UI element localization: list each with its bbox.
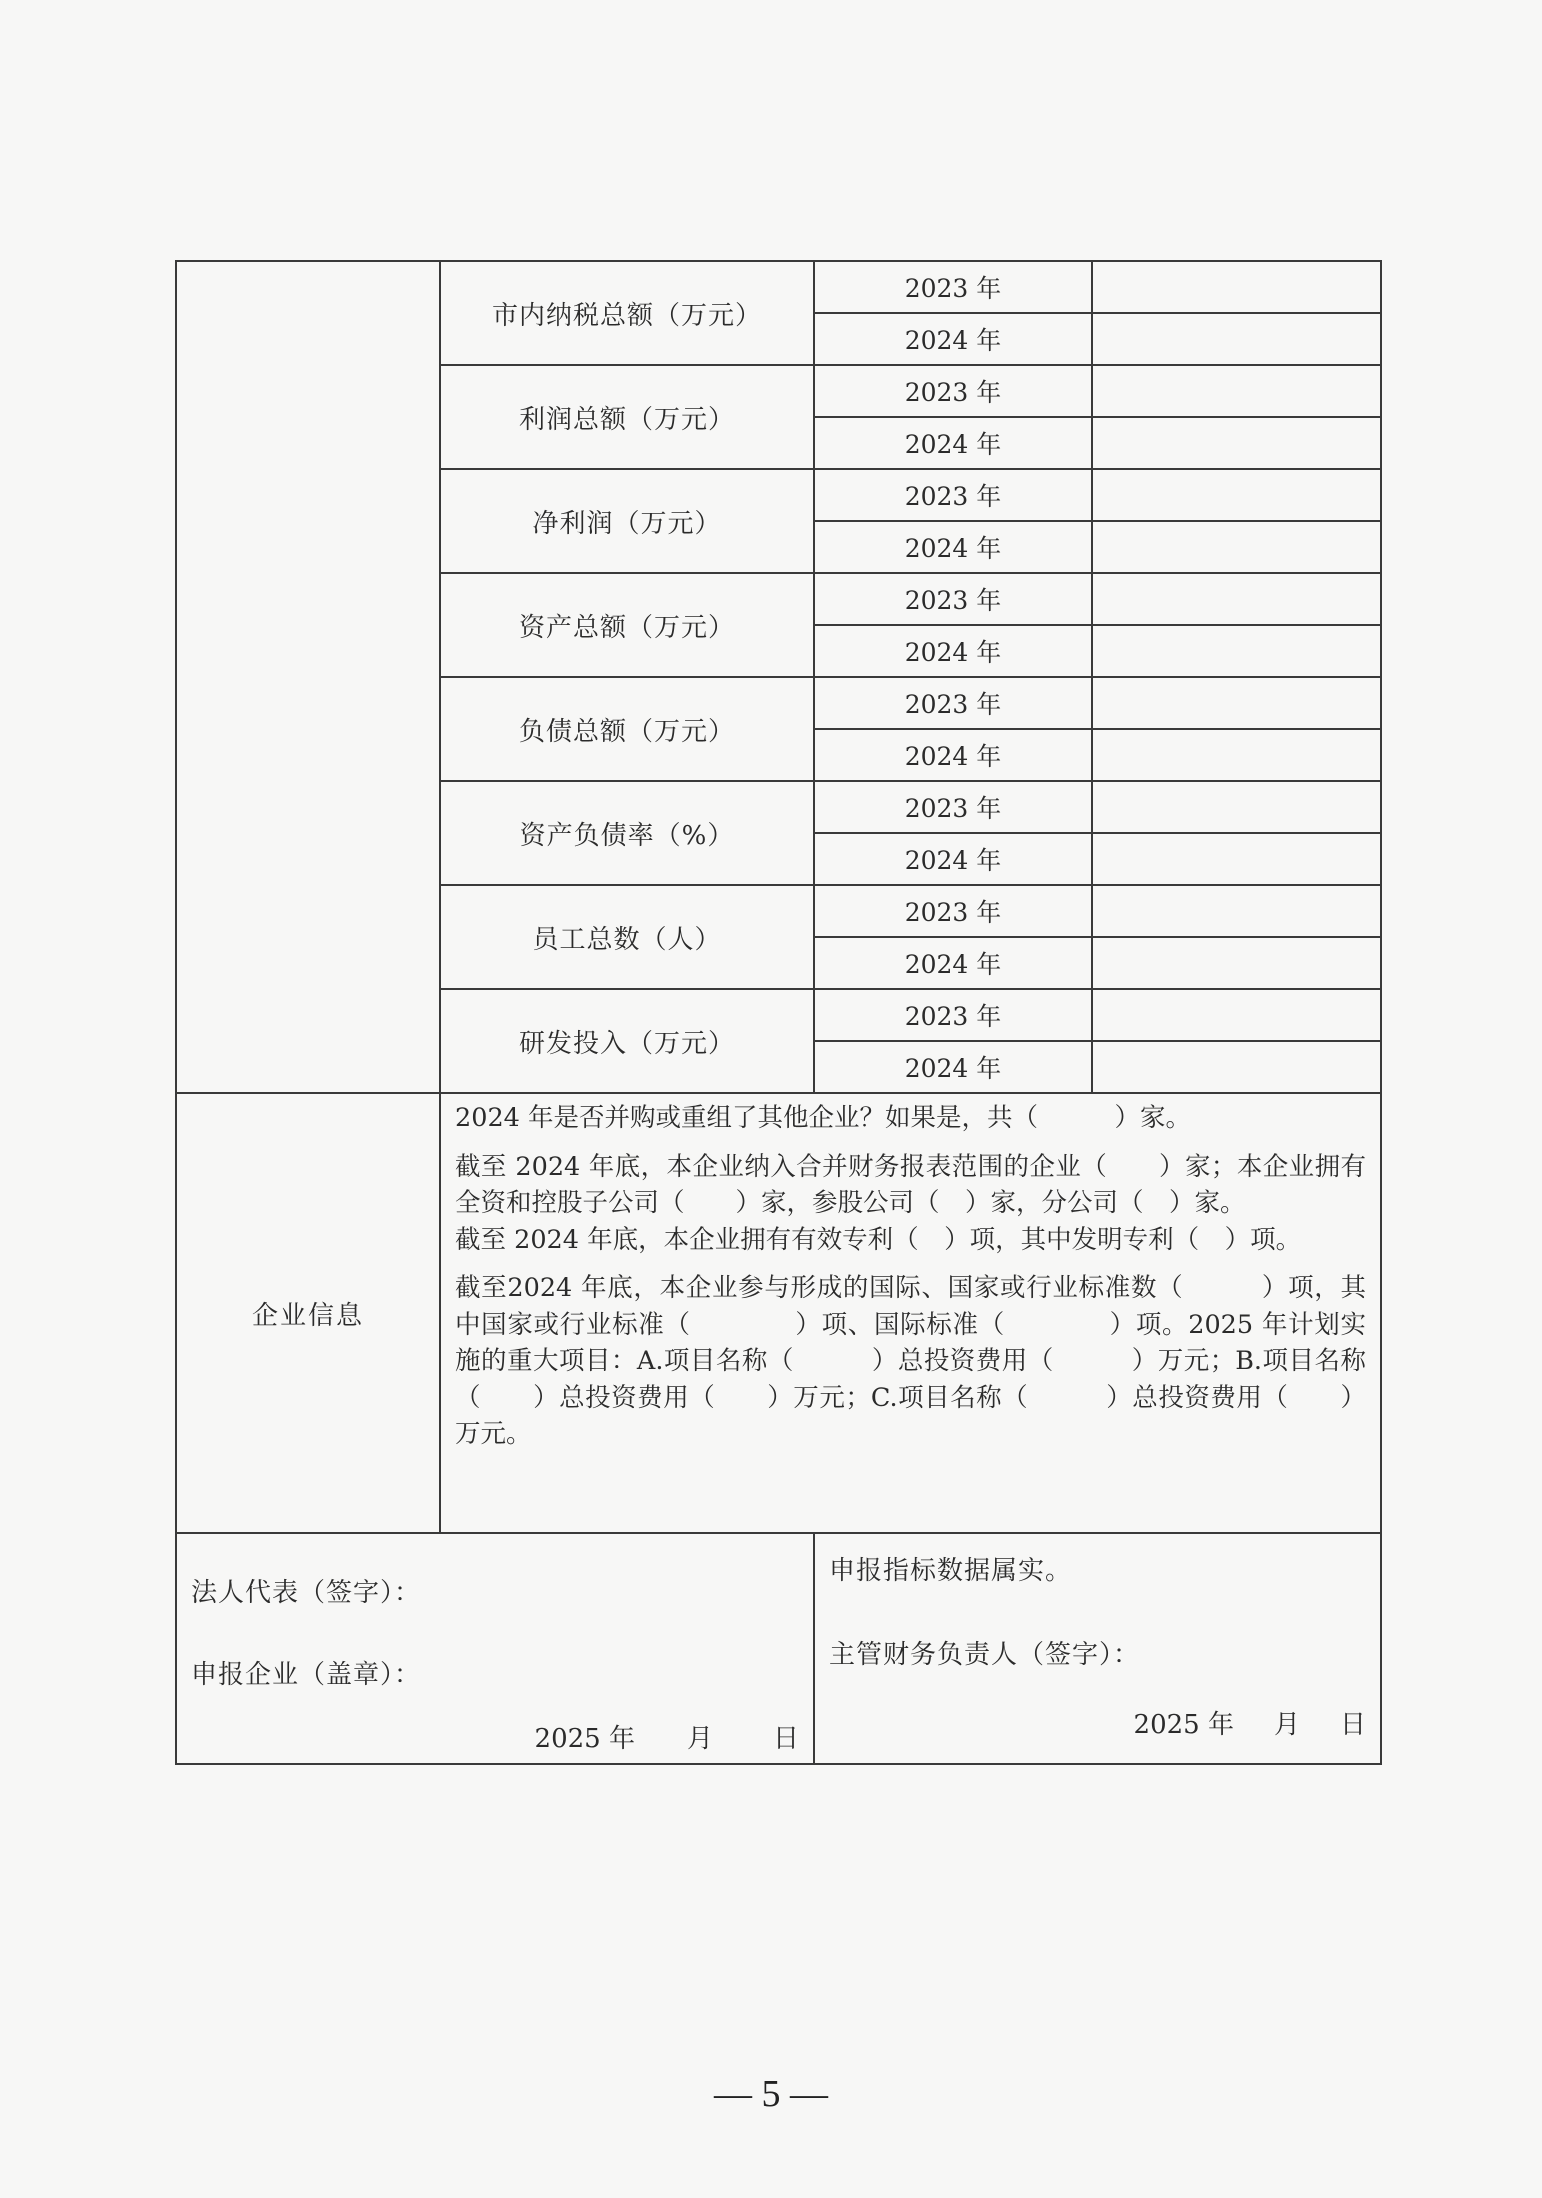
value-cell[interactable] <box>1092 261 1381 313</box>
merger-question: 2024 年是否并购或重组了其他企业？如果是，共（ ）家。 <box>455 1100 1366 1137</box>
value-cell[interactable] <box>1092 729 1381 781</box>
date-year: 2025 年 <box>535 1718 635 1755</box>
value-cell[interactable] <box>1092 1041 1381 1093</box>
year-label: 2024 年 <box>814 1041 1092 1093</box>
finance-head-signature-cell[interactable]: 申报指标数据属实。 主管财务负责人（签字）： 2025 年月日 <box>814 1533 1381 1764</box>
year-label: 2023 年 <box>814 469 1092 521</box>
standards-projects-text: 截至2024 年底，本企业参与形成的国际、国家或行业标准数（ ）项，其中国家或行… <box>455 1270 1366 1453</box>
value-cell[interactable] <box>1092 833 1381 885</box>
year-label: 2024 年 <box>814 937 1092 989</box>
company-seal-label: 申报企业（盖章）： <box>191 1654 421 1691</box>
date-day: 日 <box>1340 1704 1366 1741</box>
date-year: 2025 年 <box>1134 1704 1234 1741</box>
metric-label: 员工总数（人） <box>440 885 814 989</box>
year-label: 2023 年 <box>814 365 1092 417</box>
enterprise-info-label: 企业信息 <box>176 1093 440 1533</box>
metric-label: 市内纳税总额（万元） <box>440 261 814 365</box>
value-cell[interactable] <box>1092 625 1381 677</box>
legal-rep-signature-cell[interactable]: 法人代表（签字）： 申报企业（盖章）： 2025 年月日 <box>176 1533 814 1764</box>
data-accuracy-declaration: 申报指标数据属实。 <box>829 1550 1072 1587</box>
value-cell[interactable] <box>1092 937 1381 989</box>
finance-section-label-cell <box>176 261 440 1093</box>
value-cell[interactable] <box>1092 521 1381 573</box>
year-label: 2024 年 <box>814 625 1092 677</box>
year-label: 2024 年 <box>814 833 1092 885</box>
year-label: 2024 年 <box>814 521 1092 573</box>
year-label: 2023 年 <box>814 677 1092 729</box>
value-cell[interactable] <box>1092 677 1381 729</box>
metric-label: 利润总额（万元） <box>440 365 814 469</box>
year-label: 2023 年 <box>814 781 1092 833</box>
year-label: 2023 年 <box>814 261 1092 313</box>
year-label: 2024 年 <box>814 729 1092 781</box>
value-cell[interactable] <box>1092 417 1381 469</box>
value-cell[interactable] <box>1092 781 1381 833</box>
patents-text: 截至 2024 年底，本企业拥有有效专利（ ）项，其中发明专利（ ）项。 <box>455 1222 1366 1259</box>
date-month: 月 <box>1274 1704 1300 1741</box>
date-month: 月 <box>687 1718 713 1755</box>
metric-label: 资产总额（万元） <box>440 573 814 677</box>
value-cell[interactable] <box>1092 573 1381 625</box>
page-number: — 5 — <box>0 2072 1542 2116</box>
value-cell[interactable] <box>1092 989 1381 1041</box>
value-cell[interactable] <box>1092 885 1381 937</box>
metric-label: 研发投入（万元） <box>440 989 814 1093</box>
year-label: 2023 年 <box>814 989 1092 1041</box>
metric-label: 负债总额（万元） <box>440 677 814 781</box>
application-form-table: 市内纳税总额（万元） 2023 年 2024 年 利润总额（万元） 2023 年… <box>175 260 1382 1765</box>
value-cell[interactable] <box>1092 469 1381 521</box>
year-label: 2023 年 <box>814 885 1092 937</box>
finance-head-date: 2025 年月日 <box>1134 1704 1366 1741</box>
finance-head-signature-label: 主管财务负责人（签字）： <box>829 1634 1140 1671</box>
value-cell[interactable] <box>1092 365 1381 417</box>
legal-rep-date: 2025 年月日 <box>535 1718 799 1755</box>
year-label: 2023 年 <box>814 573 1092 625</box>
date-day: 日 <box>773 1718 799 1755</box>
year-label: 2024 年 <box>814 417 1092 469</box>
year-label: 2024 年 <box>814 313 1092 365</box>
metric-label: 资产负债率（%） <box>440 781 814 885</box>
legal-rep-signature-label: 法人代表（签字）： <box>191 1572 421 1609</box>
value-cell[interactable] <box>1092 313 1381 365</box>
metric-label: 净利润（万元） <box>440 469 814 573</box>
enterprise-info-cell[interactable]: 2024 年是否并购或重组了其他企业？如果是，共（ ）家。 截至 2024 年底… <box>440 1093 1381 1533</box>
consolidated-entities-text: 截至 2024 年底，本企业纳入合并财务报表范围的企业（ ）家；本企业拥有全资和… <box>455 1149 1366 1222</box>
